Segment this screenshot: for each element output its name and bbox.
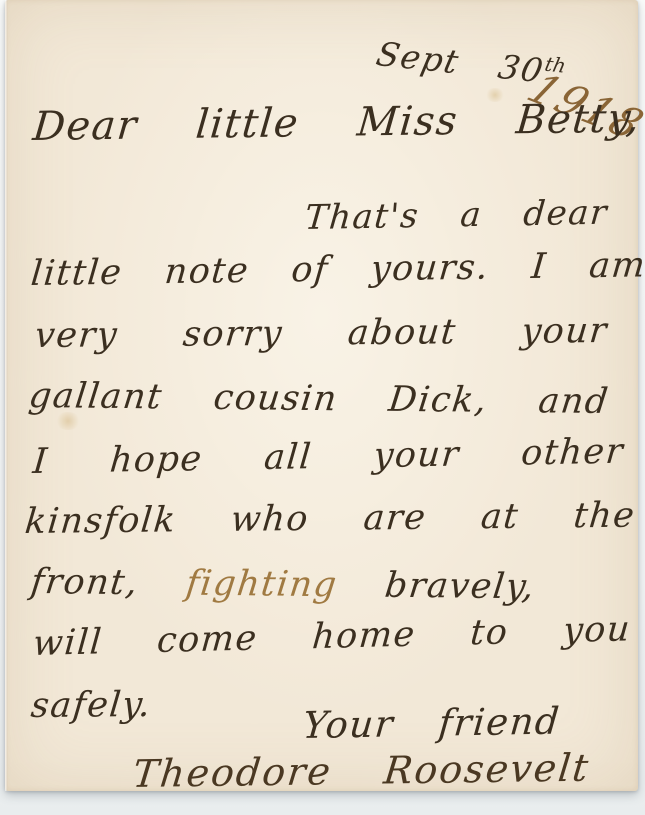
signature: Theodore Roosevelt bbox=[131, 746, 593, 796]
body-line-7: front, fighting bravely, bbox=[29, 562, 538, 607]
paper-left-edge bbox=[5, 0, 8, 791]
closing-line: Your friend bbox=[301, 699, 562, 747]
body-line-3: very sorry about your bbox=[33, 311, 610, 356]
body-line-6: kinsfolk who are at the bbox=[23, 496, 637, 542]
body-line-9: safely. bbox=[29, 685, 153, 726]
body-line-8: will come home to you bbox=[31, 609, 632, 664]
body-line-7-faded-word: fighting bbox=[184, 564, 340, 606]
body-line-7-start: front, bbox=[29, 562, 189, 604]
body-line-2: little note of yours. I am bbox=[29, 245, 645, 294]
letter-paper: Sept 30th 1918 Dear little Miss Betty, T… bbox=[5, 0, 638, 791]
body-line-5: I hope all your other bbox=[31, 432, 625, 482]
date-day: Sept 30 bbox=[373, 34, 548, 90]
letter-photo: Sept 30th 1918 Dear little Miss Betty, T… bbox=[0, 0, 645, 815]
body-line-1: That's a dear bbox=[303, 193, 609, 238]
body-line-7-end: bravely, bbox=[335, 565, 537, 607]
date-line: Sept 30th 1918 bbox=[373, 34, 568, 92]
body-line-4: gallant cousin Dick, and bbox=[27, 376, 612, 422]
salutation-line: Dear little Miss Betty, bbox=[31, 95, 643, 150]
